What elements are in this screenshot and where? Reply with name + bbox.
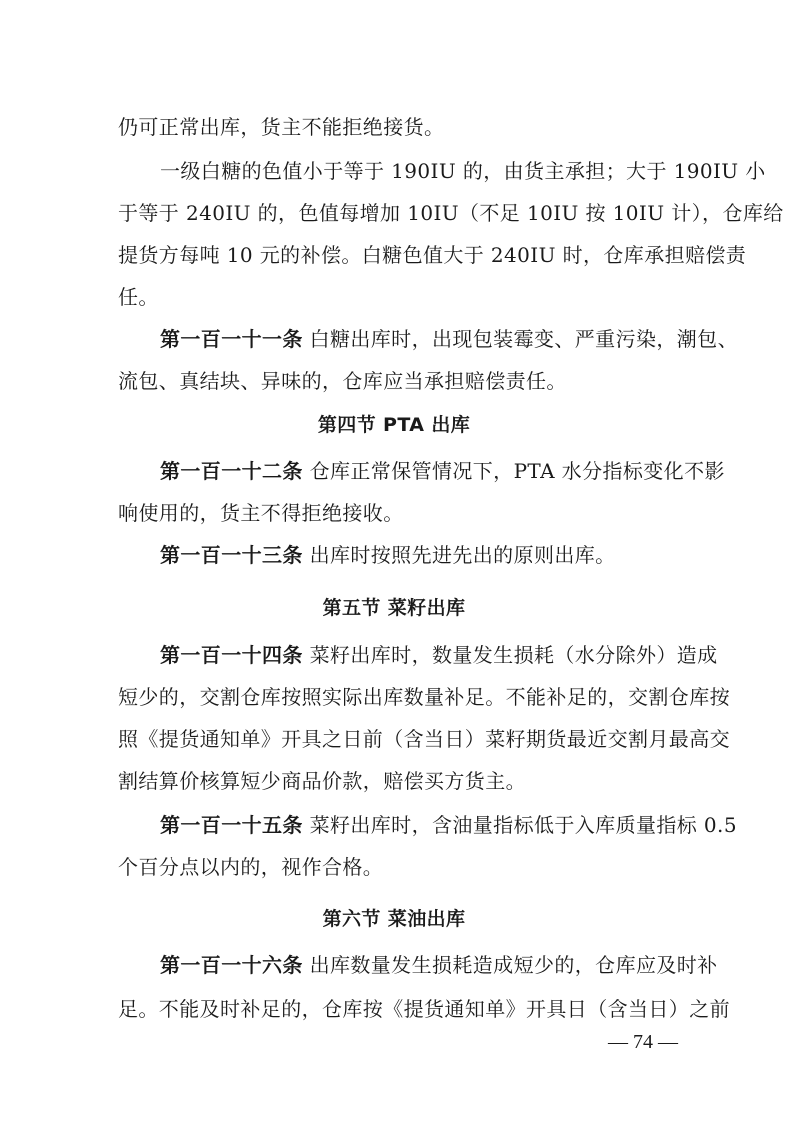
text-line: 仍可正常出库，货主不能拒绝接货。: [118, 112, 670, 142]
text-line: 一级白糖的色值小于等于 190IU 的，由货主承担；大于 190IU 小: [118, 156, 670, 186]
article-paragraph: 第一百一十三条 出库时按照先进先出的原则出库。: [118, 540, 670, 570]
text-line: 任。: [118, 282, 670, 312]
text-line: 提货方每吨 10 元的补偿。白糖色值大于 240IU 时，仓库承担赔偿责: [118, 240, 670, 270]
article-number: 第一百一十五条: [160, 813, 303, 837]
text-line: 流包、真结块、异味的，仓库应当承担赔偿责任。: [118, 366, 670, 396]
text-line: 照《提货通知单》开具之日前（含当日）菜籽期货最近交割月最高交: [118, 724, 670, 754]
section-heading: 第四节 PTA 出库: [118, 410, 670, 440]
article-number: 第一百一十二条: [160, 459, 303, 483]
section-heading: 第六节 菜油出库: [118, 904, 670, 934]
article-paragraph: 第一百一十二条 仓库正常保管情况下，PTA 水分指标变化不影: [118, 456, 670, 486]
article-number: 第一百一十四条: [160, 643, 303, 667]
article-text: 菜籽出库时，数量发生损耗（水分除外）造成: [310, 643, 718, 667]
article-paragraph: 第一百一十五条 菜籽出库时，含油量指标低于入库质量指标 0.5: [118, 810, 670, 840]
article-number: 第一百一十三条: [160, 543, 303, 567]
article-paragraph: 第一百一十四条 菜籽出库时，数量发生损耗（水分除外）造成: [118, 640, 670, 670]
text-line: 于等于 240IU 的，色值每增加 10IU（不足 10IU 按 10IU 计）…: [118, 198, 670, 228]
text-line: 个百分点以内的，视作合格。: [118, 852, 670, 882]
article-paragraph: 第一百一十一条 白糖出库时，出现包装霉变、严重污染，潮包、: [118, 324, 670, 354]
article-number: 第一百一十六条: [160, 953, 303, 977]
article-number: 第一百一十一条: [160, 327, 303, 351]
text-line: 响使用的，货主不得拒绝接收。: [118, 498, 670, 528]
article-text: 菜籽出库时，含油量指标低于入库质量指标 0.5: [310, 813, 737, 837]
text-line: 短少的，交割仓库按照实际出库数量补足。不能补足的，交割仓库按: [118, 682, 670, 712]
text-line: 足。不能及时补足的，仓库按《提货通知单》开具日（含当日）之前: [118, 994, 670, 1024]
text-line: 割结算价核算短少商品价款，赔偿买方货主。: [118, 766, 670, 796]
article-paragraph: 第一百一十六条 出库数量发生损耗造成短少的，仓库应及时补: [118, 950, 670, 980]
article-text: 出库时按照先进先出的原则出库。: [310, 543, 616, 567]
article-text: 出库数量发生损耗造成短少的，仓库应及时补: [310, 953, 718, 977]
page-number: — 74 —: [568, 1031, 678, 1054]
article-text: 白糖出库时，出现包装霉变、严重污染，潮包、: [310, 327, 738, 351]
article-text: 仓库正常保管情况下，PTA 水分指标变化不影: [310, 459, 725, 483]
section-heading: 第五节 菜籽出库: [118, 593, 670, 623]
